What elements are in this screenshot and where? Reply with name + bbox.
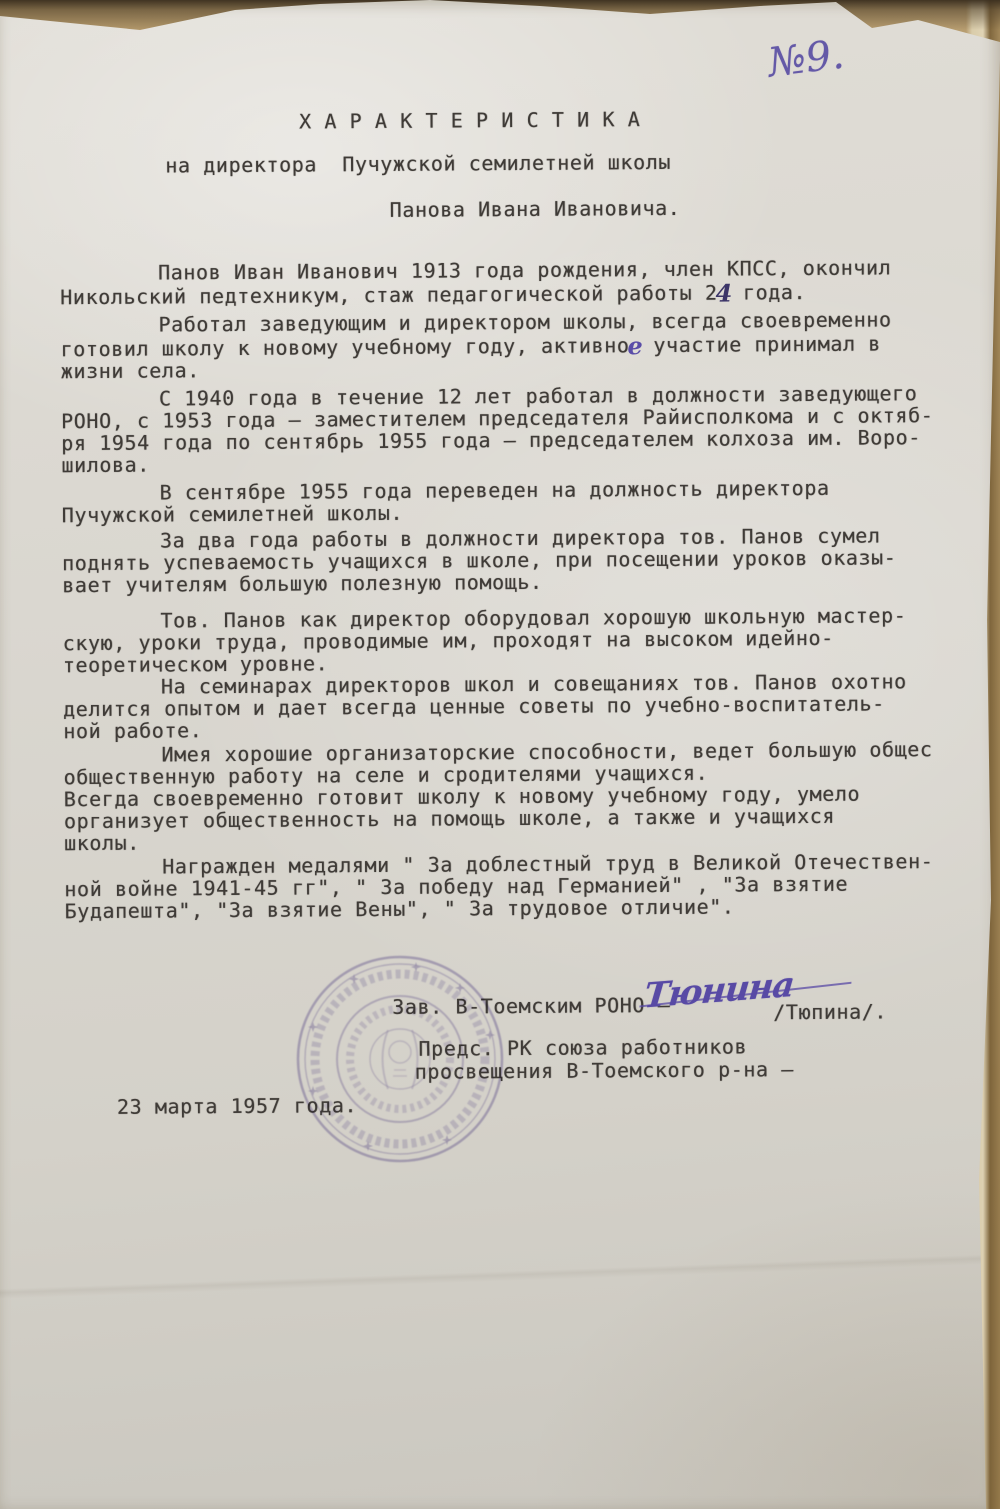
body-paragraph: Панов Иван Иванович 1913 года рождения, … [60,256,952,308]
typed-segment: участие принимал в [641,331,881,357]
typed-line: вает учителям большую полезную помощь. [62,568,954,596]
signature-transcript: /Тюпина/. [773,1000,887,1023]
handwritten-correction-digit: 4 [715,279,732,308]
body-paragraph: На семинарах директоров школ и совещания… [63,670,955,742]
scanned-document: №9. Х А Р А К Т Е Р И С Т И К А на дирек… [0,0,1000,1509]
handwritten-correction-letter: е [627,331,642,360]
body-paragraph: Тов. Панов как директор оборудовал хорош… [62,604,954,676]
typed-line: жизни села. [61,354,953,382]
handwritten-signature: Тюнина [643,974,794,1008]
signature-block: Зав. В-Тоемским РОНО – Тюнина /Тюпина/. … [392,992,993,1083]
typed-segment: года. [730,280,806,305]
body-paragraph: Работал заведующим и директором школы, в… [60,308,952,382]
union-chair-line-2: просвещения В-Тоемского р-на – [393,1057,993,1083]
typed-line-with-correction: готовил школу к новому учебному году, ак… [61,330,953,360]
subtitle-addressee-line: на директора Пучужской семилетней школы [59,149,951,177]
typed-line: Будапешта", "За взятие Вены", " За трудо… [64,894,956,922]
signature-line-rono: Зав. В-Тоемским РОНО – Тюнина /Тюпина/. [392,992,992,1018]
body-paragraph: Имея хорошие организаторские способности… [63,738,956,854]
document-title: Х А Р А К Т Е Р И С Т И К А [59,106,951,134]
typed-text-block: Х А Р А К Т Е Р И С Т И К А на директора… [58,0,956,928]
typed-line: Пучужской семилетней школы. [62,498,954,526]
signature-role-typed: Зав. В-Тоемским РОНО – [392,993,670,1019]
body-paragraph: За два года работы в должности директора… [62,524,954,596]
date-line: 23 марта 1957 года. [117,1094,357,1118]
document-page: №9. Х А Р А К Т Е Р И С Т И К А на дирек… [0,0,1000,1509]
typed-segment: готовил школу к новому учебному году, ак… [61,333,630,361]
body-paragraph: Награжден медалями " За доблестный труд … [64,850,956,922]
body-paragraph: С 1940 года в течение 12 лет работал в д… [61,382,954,476]
document-body: Панов Иван Иванович 1913 года рождения, … [60,256,957,922]
body-paragraph: В сентябре 1955 года переведен на должно… [62,476,954,526]
union-chair-line-1: Предс. РК союза работников [392,1034,992,1060]
typed-segment: Никольский педтехникум, стаж педагогичес… [60,281,717,310]
typed-line-with-correction: Никольский педтехникум, стаж педагогичес… [60,278,952,308]
subtitle-name-line: Панова Ивана Ивановича. [60,195,952,223]
